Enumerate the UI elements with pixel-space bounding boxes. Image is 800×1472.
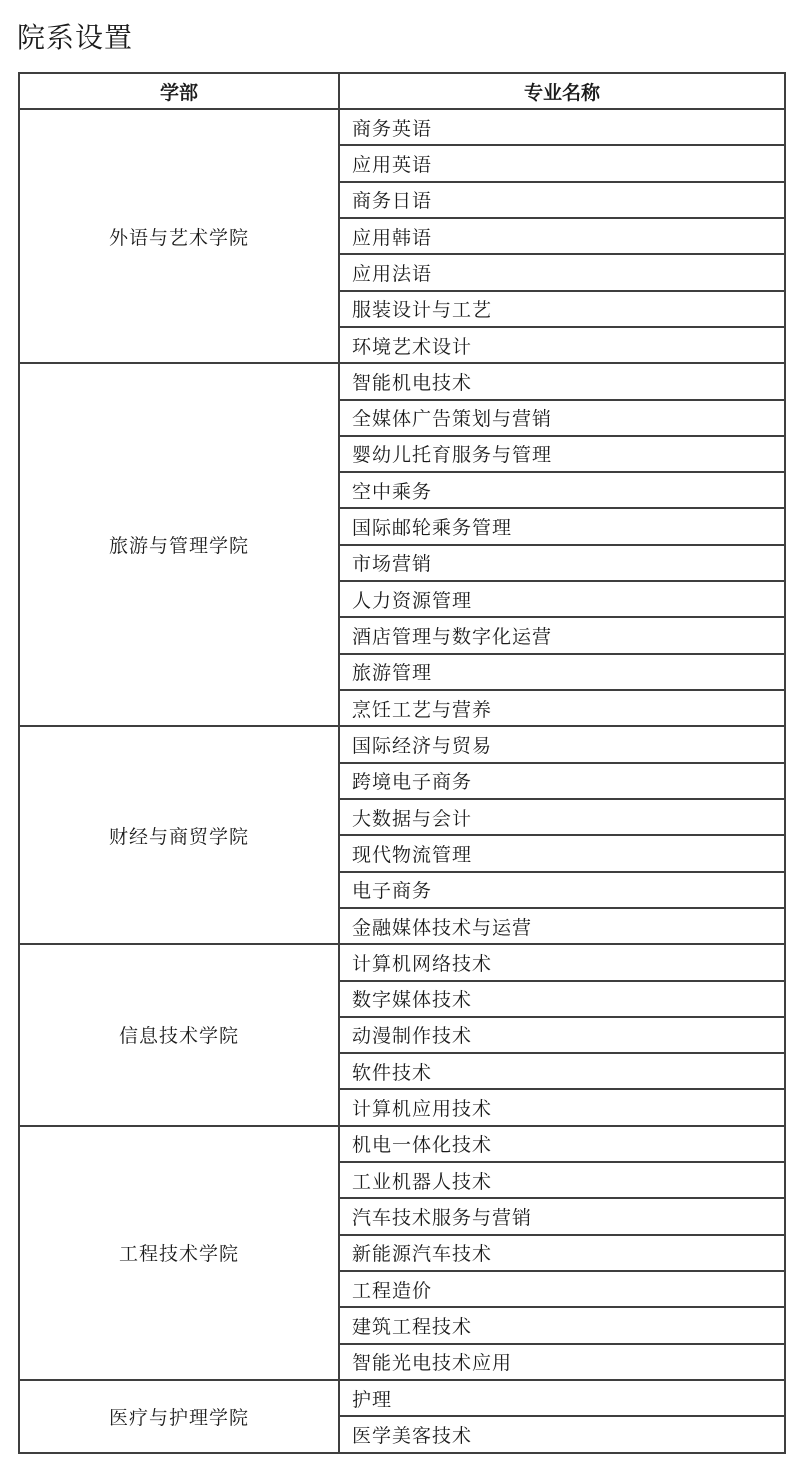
major-cell: 市场营销 (339, 545, 785, 581)
major-cell: 婴幼儿托育服务与管理 (339, 436, 785, 472)
major-cell: 国际邮轮乘务管理 (339, 508, 785, 544)
table-row: 财经与商贸学院国际经济与贸易 (19, 726, 785, 762)
departments-table: 学部 专业名称 外语与艺术学院商务英语应用英语商务日语应用韩语应用法语服装设计与… (18, 72, 786, 1454)
header-major-name: 专业名称 (339, 73, 785, 109)
department-cell: 医疗与护理学院 (19, 1380, 339, 1453)
major-cell: 跨境电子商务 (339, 763, 785, 799)
major-cell: 酒店管理与数字化运营 (339, 617, 785, 653)
major-cell: 空中乘务 (339, 472, 785, 508)
major-cell: 工业机器人技术 (339, 1162, 785, 1198)
major-cell: 环境艺术设计 (339, 327, 785, 363)
page-title: 院系设置 (17, 16, 133, 56)
major-cell: 应用法语 (339, 254, 785, 290)
major-cell: 电子商务 (339, 872, 785, 908)
major-cell: 动漫制作技术 (339, 1017, 785, 1053)
major-cell: 烹饪工艺与营养 (339, 690, 785, 726)
table-body: 外语与艺术学院商务英语应用英语商务日语应用韩语应用法语服装设计与工艺环境艺术设计… (19, 109, 785, 1453)
major-cell: 软件技术 (339, 1053, 785, 1089)
major-cell: 医学美客技术 (339, 1416, 785, 1453)
major-cell: 人力资源管理 (339, 581, 785, 617)
major-cell: 大数据与会计 (339, 799, 785, 835)
major-cell: 全媒体广告策划与营销 (339, 400, 785, 436)
major-cell: 护理 (339, 1380, 785, 1416)
table-header-row: 学部 专业名称 (19, 73, 785, 109)
department-cell: 外语与艺术学院 (19, 109, 339, 363)
major-cell: 智能光电技术应用 (339, 1344, 785, 1380)
department-cell: 旅游与管理学院 (19, 363, 339, 726)
major-cell: 商务日语 (339, 182, 785, 218)
major-cell: 旅游管理 (339, 654, 785, 690)
page: 院系设置 学部 专业名称 外语与艺术学院商务英语应用英语商务日语应用韩语应用法语… (0, 0, 800, 1472)
department-cell: 信息技术学院 (19, 944, 339, 1126)
table-row: 信息技术学院计算机网络技术 (19, 944, 785, 980)
major-cell: 机电一体化技术 (339, 1126, 785, 1162)
header-department: 学部 (19, 73, 339, 109)
major-cell: 计算机应用技术 (339, 1089, 785, 1125)
table-row: 旅游与管理学院智能机电技术 (19, 363, 785, 399)
major-cell: 金融媒体技术与运营 (339, 908, 785, 944)
major-cell: 服装设计与工艺 (339, 291, 785, 327)
major-cell: 智能机电技术 (339, 363, 785, 399)
table-row: 外语与艺术学院商务英语 (19, 109, 785, 145)
major-cell: 国际经济与贸易 (339, 726, 785, 762)
major-cell: 工程造价 (339, 1271, 785, 1307)
major-cell: 汽车技术服务与营销 (339, 1198, 785, 1234)
major-cell: 现代物流管理 (339, 835, 785, 871)
major-cell: 应用韩语 (339, 218, 785, 254)
major-cell: 数字媒体技术 (339, 981, 785, 1017)
major-cell: 应用英语 (339, 145, 785, 181)
major-cell: 商务英语 (339, 109, 785, 145)
major-cell: 计算机网络技术 (339, 944, 785, 980)
table-row: 工程技术学院机电一体化技术 (19, 1126, 785, 1162)
major-cell: 建筑工程技术 (339, 1307, 785, 1343)
major-cell: 新能源汽车技术 (339, 1235, 785, 1271)
table-row: 医疗与护理学院护理 (19, 1380, 785, 1416)
department-cell: 工程技术学院 (19, 1126, 339, 1380)
department-cell: 财经与商贸学院 (19, 726, 339, 944)
